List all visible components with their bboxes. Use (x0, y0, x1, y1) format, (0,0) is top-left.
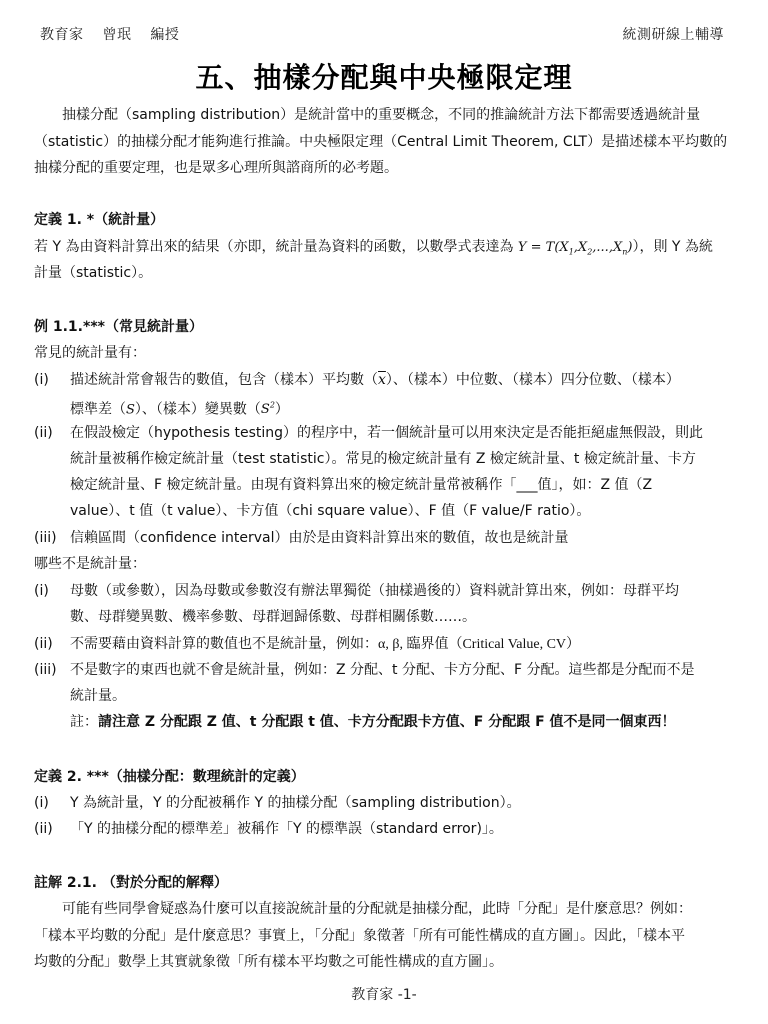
header-author-name: 曾珉 (102, 27, 131, 43)
s-symbol: S (126, 402, 135, 417)
note21-heading: 註解 2.1. （對於分配的解釋） (34, 873, 732, 893)
def2-item-2-num: (ii) (34, 819, 53, 839)
document-page: 教育家 曾珉 編授 統測研線上輔導 五、抽樣分配與中央極限定理 抽樣分配（sam… (0, 0, 768, 1024)
ex11-item-3-line-1: 信賴區間（confidence interval）由於是由資料計算出來的數值，故… (70, 528, 732, 548)
def1-text-pre: 若 Y 為由資料計算出來的結果（亦即，統計量為資料的函數，以數學式表達為 (34, 239, 518, 255)
def1-formula: Y = T(X1,X2,...,Xn) (518, 240, 633, 255)
ex11-heading: 例 1.1.***（常見統計量） (34, 317, 732, 337)
note-label: 註： (70, 714, 98, 730)
ex11-non-item-1-line-1: 母數（或參數），因為母數或參數沒有辦法單獨從（抽樣過後的）資料就計算出來，例如：… (70, 581, 732, 601)
ex11-item-2-num: (ii) (34, 423, 53, 443)
header-role: 編授 (150, 27, 179, 43)
ex11-intro: 常見的統計量有： (34, 343, 732, 363)
ex11-non-item-3-line-2: 統計量。 (70, 686, 732, 706)
def1-text-post: ），則 Y 為統 (632, 239, 712, 255)
ex11-non-item-1-line-2: 數、母群變異數、機率參數、母群迴歸係數、母群相關係數……。 (70, 607, 732, 627)
note21-line-3: 均數的分配」數學上其實就象徵「所有樣本平均數之可能性構成的直方圖」。 (34, 952, 732, 972)
ex11-non-intro: 哪些不是統計量： (34, 554, 732, 574)
note-warning: 請注意 Z 分配跟 Z 值、t 分配跟 t 值、卡方分配跟卡方值、F 分配跟 F… (98, 714, 676, 730)
ex11-item-2-line-2: 統計量被稱作檢定統計量（test statistic）。常見的檢定統計量有 Z … (70, 449, 732, 469)
xbar-symbol: x (378, 372, 386, 388)
def1-heading: 定義 1. *（統計量） (34, 210, 732, 230)
ex11-non-item-1-num: (i) (34, 581, 49, 601)
ex11-non-item-2-num: (ii) (34, 634, 53, 654)
ex11-non-item-3-line-1: 不是數字的東西也就不會是統計量，例如：Z 分配、t 分配、卡方分配、F 分配。這… (70, 660, 732, 680)
def1-line-1: 若 Y 為由資料計算出來的結果（亦即，統計量為資料的函數，以數學式表達為 Y =… (34, 237, 732, 263)
ex11-note: 註：請注意 Z 分配跟 Z 值、t 分配跟 t 值、卡方分配跟卡方值、F 分配跟… (70, 712, 732, 732)
ex11-item-2-line-1: 在假設檢定（hypothesis testing）的程序中，若一個統計量可以用來… (70, 423, 732, 443)
ex11-item-2-line-4: value）、t 值（t value）、卡方值（chi square value… (70, 501, 732, 521)
ex11-item-3-num: (iii) (34, 528, 57, 548)
ex11-item-1-line-1: 描述統計常會報告的數值，包含（樣本）平均數（x）、（樣本）中位數、（樣本）四分位… (70, 370, 732, 390)
critical-value-text: α, β, 臨界值（Critical Value, CV） (378, 637, 580, 652)
note21-line-1: 可能有些同學會疑惑為什麼可以直接說統計量的分配就是抽樣分配，此時「分配」是什麼意… (62, 899, 732, 919)
ex11-item-1-num: (i) (34, 370, 49, 390)
ex11-item-2-line-3: 檢定統計量、F 檢定統計量。由現有資料算出來的檢定統計量常被稱作「___值」，如… (70, 475, 732, 495)
page-footer: 教育家 -1- (0, 984, 768, 1004)
def2-item-1-num: (i) (34, 793, 49, 813)
ex11-non-item-2-line-1: 不需要藉由資料計算的數值也不是統計量，例如：α, β, 臨界值（Critical… (70, 634, 732, 655)
def1-line-2: 計量（statistic）。 (34, 263, 732, 283)
s2-symbol: S2 (261, 402, 275, 417)
note21-line-2: 「樣本平均數的分配」是什麼意思？事實上，「分配」象徵著「所有可能性構成的直方圖」… (34, 926, 732, 946)
def2-item-1-text: Y 為統計量，Y 的分配被稱作 Y 的抽樣分配（sampling distrib… (70, 793, 732, 813)
intro-line-1: 抽樣分配（sampling distribution）是統計當中的重要概念，不同… (62, 105, 732, 125)
header-org: 教育家 (40, 27, 84, 43)
page-title: 五、抽樣分配與中央極限定理 (0, 56, 768, 96)
header-author: 教育家 曾珉 編授 (40, 24, 193, 44)
ex11-item-1-line-2: 標準差（S）、（樣本）變異數（S2） (70, 396, 732, 420)
intro-line-2: （statistic）的抽樣分配才能夠進行推論。中央極限定理（Central L… (34, 132, 732, 152)
def2-item-2-text: 「Y 的抽樣分配的標準差」被稱作「Y 的標準誤（standard error)」… (70, 819, 732, 839)
ex11-non-item-3-num: (iii) (34, 660, 57, 680)
def2-heading: 定義 2. ***（抽樣分配：數理統計的定義） (34, 767, 732, 787)
intro-line-3: 抽樣分配的重要定理，也是眾多心理所與諮商所的必考題。 (34, 158, 732, 178)
header-course: 統測研線上輔導 (623, 24, 725, 44)
